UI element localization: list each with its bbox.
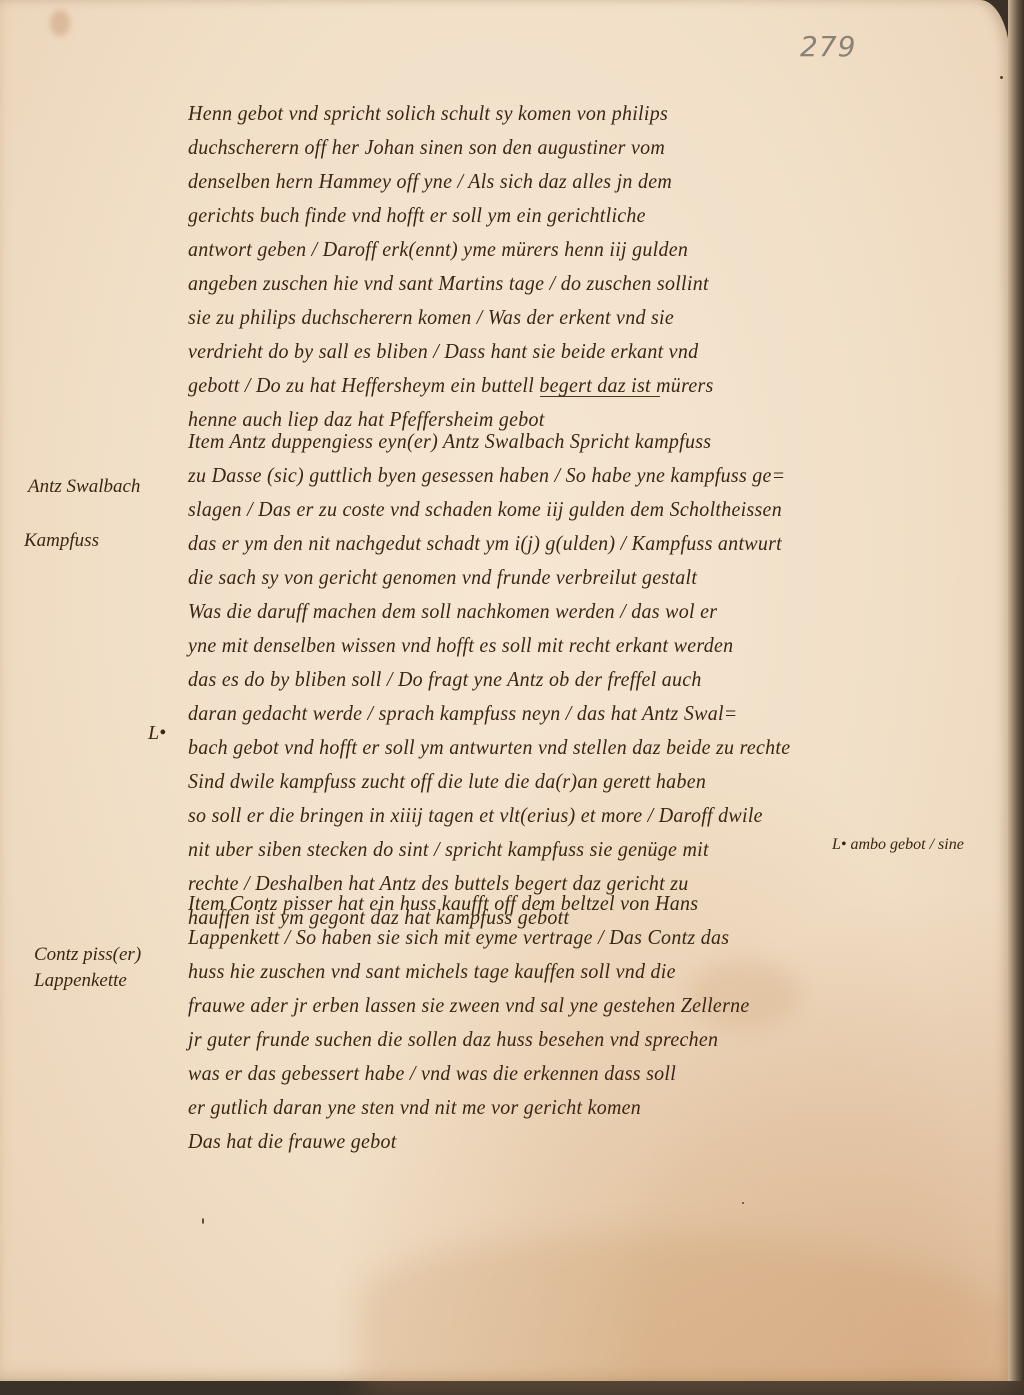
ink-speck xyxy=(1000,76,1003,79)
text-line: das es do by bliben soll / Do fragt yne … xyxy=(188,662,948,696)
entry-paragraph: Henn gebot vnd spricht solich schult sy … xyxy=(188,96,988,436)
text-line: Was die daruff machen dem soll nachkomen… xyxy=(188,594,948,628)
folio-number: 279 xyxy=(800,30,856,63)
text-line: verdrieht do by sall es bliben / Dass ha… xyxy=(188,334,948,368)
text-line: was er das gebessert habe / vnd was die … xyxy=(188,1056,948,1090)
text-line: denselben hern Hammey off yne / Als sich… xyxy=(188,164,948,198)
text-line: gerichts buch finde vnd hofft er soll ym… xyxy=(188,198,948,232)
text-line: Lappenkett / So haben sie sich mit eyme … xyxy=(188,920,948,954)
text-line: Das hat die frauwe gebot xyxy=(188,1124,948,1158)
text-line: bach gebot vnd hofft er soll ym antwurte… xyxy=(188,730,948,764)
text-line: antwort geben / Daroff erk(ennt) yme mür… xyxy=(188,232,948,266)
end-rule xyxy=(540,396,660,397)
text-line: er gutlich daran yne sten vnd nit me vor… xyxy=(188,1090,948,1124)
text-line: sie zu philips duchscherern komen / Was … xyxy=(188,300,948,334)
margin-note: Lappenkette xyxy=(34,970,127,992)
page-edge-shadow xyxy=(1008,0,1024,1381)
entry-paragraph: Item Contz pisser hat ein huss kaufft of… xyxy=(188,886,988,1158)
water-stain-bottom xyxy=(360,1235,1020,1381)
ink-spot xyxy=(50,10,70,36)
ink-speck xyxy=(742,1202,744,1204)
text-line: die sach sy von gericht genomen vnd frun… xyxy=(188,560,948,594)
text-line: Henn gebot vnd spricht solich schult sy … xyxy=(188,96,948,130)
margin-note: Contz piss(er) xyxy=(34,944,141,966)
text-line: slagen / Das er zu coste vnd schaden kom… xyxy=(188,492,948,526)
text-line: Sind dwile kampfuss zucht off die lute d… xyxy=(188,764,948,798)
text-line: Item Contz pisser hat ein huss kaufft of… xyxy=(188,886,948,920)
text-line: daran gedacht werde / sprach kampfuss ne… xyxy=(188,696,948,730)
text-line: angeben zuschen hie vnd sant Martins tag… xyxy=(188,266,948,300)
ink-speck xyxy=(202,1218,204,1224)
margin-note: Kampfuss xyxy=(24,530,99,552)
text-line: duchscherern off her Johan sinen son den… xyxy=(188,130,948,164)
manuscript-page: 279 Henn gebot vnd spricht solich schult… xyxy=(0,0,1010,1381)
text-line: jr guter frunde suchen die sollen daz hu… xyxy=(188,1022,948,1056)
margin-note: Antz Swalbach xyxy=(28,476,140,498)
text-line: das er ym den nit nachgedut schadt ym i(… xyxy=(188,526,948,560)
entry-paragraph: Item Antz duppengiess eyn(er) Antz Swalb… xyxy=(188,424,988,934)
text-line: frauwe ader jr erben lassen sie zween vn… xyxy=(188,988,948,1022)
end-addition: L• ambo gebot / sine xyxy=(832,836,964,854)
text-line: zu Dasse (sic) guttlich byen gesessen ha… xyxy=(188,458,948,492)
text-line: huss hie zuschen vnd sant michels tage k… xyxy=(188,954,948,988)
text-line: yne mit denselben wissen vnd hofft es so… xyxy=(188,628,948,662)
text-line: so soll er die bringen in xiiij tagen et… xyxy=(188,798,948,832)
text-line: Item Antz duppengiess eyn(er) Antz Swalb… xyxy=(188,424,948,458)
insertion-mark: L• xyxy=(148,722,166,745)
